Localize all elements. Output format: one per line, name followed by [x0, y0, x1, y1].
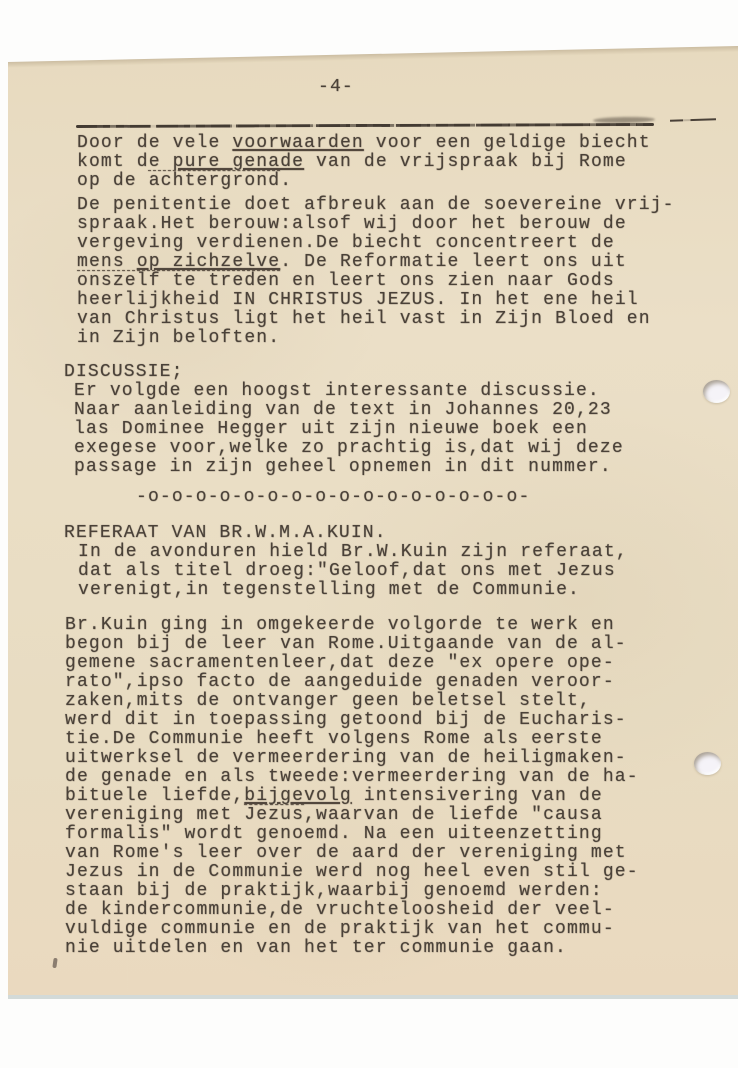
page-number: -4-	[318, 78, 354, 97]
text-line: gemene sacramentenleer,dat deze "ex oper…	[65, 654, 639, 673]
text-line: verenigt,in tegenstelling met de Communi…	[78, 581, 628, 600]
paragraph-discussie: Er volgde een hoogst interessante discus…	[74, 382, 624, 477]
text-line: nie uitdelen en van het ter communie gaa…	[65, 939, 639, 958]
text-line: Br.Kuin ging in omgekeerde volgorde te w…	[65, 616, 639, 635]
text-line: De penitentie doet afbreuk aan de soever…	[77, 196, 675, 215]
text-line: op de achtergrond.	[77, 172, 651, 191]
text-line: de kindercommunie,de vruchteloosheid der…	[65, 901, 639, 920]
text-line: Jezus in de Communie werd nog heel even …	[65, 863, 639, 882]
paragraph-biecht: Door de vele voorwaarden voor een geldig…	[77, 134, 651, 191]
text-line: de genade en als tweede:vermeerdering va…	[65, 768, 639, 787]
text-line: uitwerksel de vermeerdering van de heili…	[65, 749, 639, 768]
paragraph-referaat-intro: In de avonduren hield Br.W.Kuin zijn ref…	[78, 543, 628, 600]
text-line: begon bij de leer van Rome.Uitgaande van…	[65, 635, 639, 654]
paper-top-edge	[4, 45, 738, 68]
typed-rule-short-segment	[670, 118, 716, 122]
heading-discussie: DISCUSSIE;	[64, 363, 184, 382]
paragraph-penitentie: De penitentie doet afbreuk aan de soever…	[77, 196, 675, 348]
text-line: heerlijkheid IN CHRISTUS JEZUS. In het e…	[77, 291, 675, 310]
text-line: dat als titel droeg:"Geloof,dat ons met …	[78, 562, 628, 581]
text-line: van Christus ligt het heil vast in Zijn …	[77, 310, 675, 329]
text-line: mens op zichzelve. De Reformatie leert o…	[77, 253, 675, 272]
text-line: staan bij de praktijk,waarbij genoemd we…	[65, 882, 639, 901]
text-line: in Zijn beloften.	[77, 329, 675, 348]
text-line: werd dit in toepassing getoond bij de Eu…	[65, 711, 639, 730]
text-line: las Dominee Hegger uit zijn nieuwe boek …	[74, 420, 624, 439]
text-line: In de avonduren hield Br.W.Kuin zijn ref…	[78, 543, 628, 562]
text-line: Naar aanleiding van de text in Johannes …	[74, 401, 624, 420]
heading-referaat: REFERAAT VAN BR.W.M.A.KUIN.	[64, 524, 387, 543]
text-line: onszelf te treden en leert ons zien naar…	[77, 272, 675, 291]
scanned-page: -4- Door de vele voorwaarden voor een ge…	[8, 46, 738, 996]
text-line: passage in zijn geheel opnemen in dit nu…	[74, 458, 624, 477]
text-line: tie.De Communie heeft volgens Rome als e…	[65, 730, 639, 749]
scanner-edge-line	[8, 995, 738, 999]
text-line: vuldige communie en de praktijk van het …	[65, 920, 639, 939]
text-line: zaken,mits de ontvanger geen beletsel st…	[65, 692, 639, 711]
ink-speck	[52, 958, 57, 968]
text-line: formalis" wordt genoemd. Na een uiteenze…	[65, 825, 639, 844]
text-line: komt de pure genade van de vrijspraak bi…	[77, 153, 651, 172]
text-line: exegese voor,welke zo prachtig is,dat wi…	[74, 439, 624, 458]
typed-rule	[76, 123, 654, 128]
punch-hole-top	[703, 380, 730, 403]
text-line: vereniging met Jezus,waarvan de liefde "…	[65, 806, 639, 825]
text-line: spraak.Het berouw:alsof wij door het ber…	[77, 215, 675, 234]
section-divider: -o-o-o-o-o-o-o-o-o-o-o-o-o-o-o-o-	[136, 488, 530, 507]
text-line: vergeving verdienen.De biecht concentree…	[77, 234, 675, 253]
text-line: bituele liefde,bijgevolg intensivering v…	[65, 787, 639, 806]
punch-hole-bottom	[694, 752, 721, 775]
text-line: van Rome's leer over de aard der verenig…	[65, 844, 639, 863]
text-line: rato",ipso facto de aangeduide genaden v…	[65, 673, 639, 692]
paragraph-referaat-body: Br.Kuin ging in omgekeerde volgorde te w…	[65, 616, 639, 958]
text-line: Door de vele voorwaarden voor een geldig…	[77, 134, 651, 153]
text-line: Er volgde een hoogst interessante discus…	[74, 382, 624, 401]
